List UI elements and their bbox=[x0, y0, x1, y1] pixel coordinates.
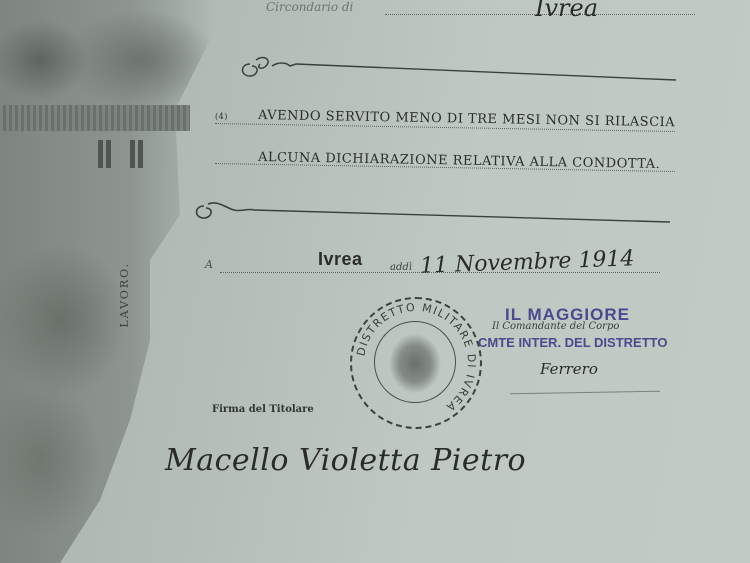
dateline-place: Ivrea bbox=[318, 249, 363, 270]
commander-signature: Ferrero bbox=[540, 360, 598, 378]
notice-line-2: ALCUNA DICHIARAZIONE RELATIVA ALLA CONDO… bbox=[258, 150, 660, 172]
svg-text:DISTRETTO MILITARE DI IVREA: DISTRETTO MILITARE DI IVREA bbox=[354, 301, 478, 415]
notice-marker: (4) bbox=[215, 112, 228, 121]
district-seal: DISTRETTO MILITARE DI IVREA bbox=[350, 297, 482, 429]
ornamental-divider bbox=[190, 192, 670, 228]
engraved-cornice bbox=[0, 105, 190, 131]
engraved-window bbox=[130, 140, 135, 168]
engraved-border-illustration bbox=[0, 0, 215, 563]
stamp-underprint: Il Comandante del Corpo bbox=[492, 321, 619, 332]
engraved-window bbox=[106, 140, 111, 168]
stamp-district-command: CMTE INTER. DEL DISTRETTO bbox=[478, 335, 667, 350]
holder-signature-label: Firma del Titolare bbox=[212, 404, 314, 415]
seal-text: DISTRETTO MILITARE DI IVREA bbox=[354, 301, 478, 415]
addi-label: addì bbox=[390, 262, 412, 273]
circondario-value: Ivrea bbox=[535, 0, 598, 22]
signature-rule bbox=[510, 391, 660, 395]
engraving-motto: LAVORO. bbox=[118, 262, 131, 328]
engraved-window bbox=[138, 140, 143, 168]
holder-signature: Macello Violetta Pietro bbox=[165, 443, 526, 478]
ornamental-divider bbox=[236, 46, 676, 86]
circondario-label: Circondario di bbox=[266, 0, 353, 14]
engraved-window bbox=[98, 140, 103, 168]
handwritten-date: 11 Novembre 1914 bbox=[420, 246, 635, 278]
dateline-prefix: A bbox=[205, 258, 213, 271]
